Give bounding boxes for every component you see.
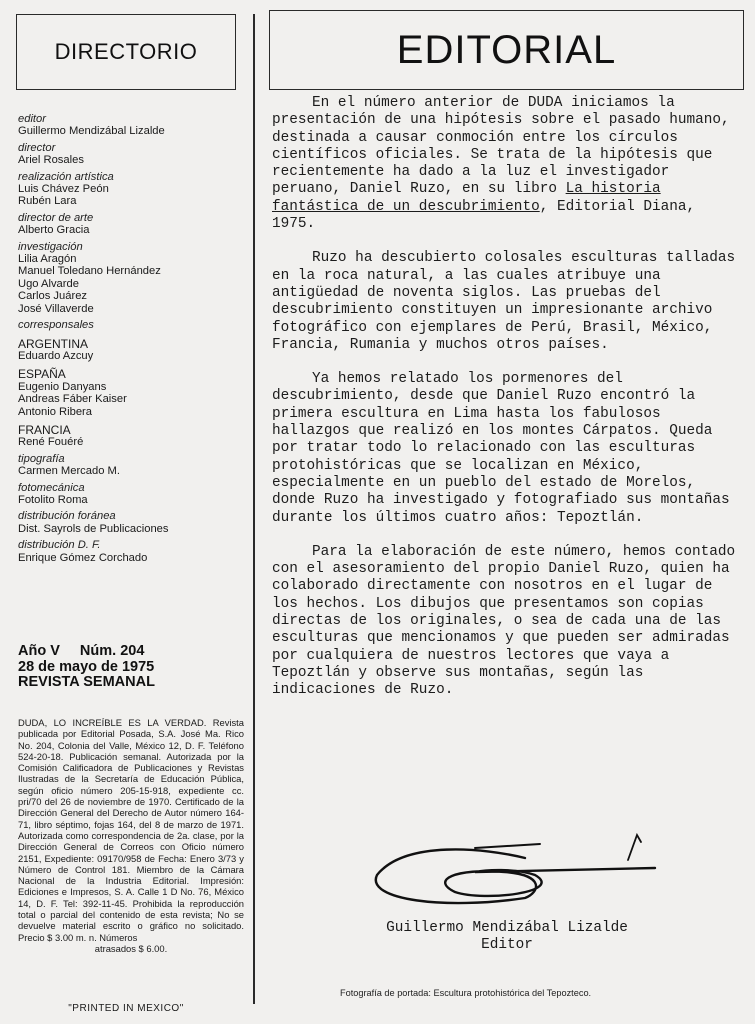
staff-name: Andreas Fáber Kaiser [18, 393, 248, 405]
editorial-paragraph-4: Para la elaboración de este número, hemo… [272, 544, 742, 700]
correspondents-label: corresponsales [18, 319, 248, 331]
staff-role: tipografía [18, 453, 248, 465]
directory-header-box: DIRECTORIO [16, 14, 236, 90]
signer-name: Guillermo Mendizábal Lizalde [272, 920, 742, 937]
editorial-paragraph-3: Ya hemos relatado los pormenores del des… [272, 371, 742, 527]
p1-text: En el número anterior de DUDA iniciamos … [272, 95, 730, 197]
signer-title: Editor [272, 937, 742, 954]
staff-list: editorGuillermo Mendizábal Lizaldedirect… [18, 113, 248, 568]
directory-column: DIRECTORIO editorGuillermo Mendizábal Li… [0, 0, 252, 1024]
column-divider [253, 14, 255, 1004]
staff-name: Dist. Sayrols de Publicaciones [18, 523, 248, 535]
staff-name: Antonio Ribera [18, 406, 248, 418]
staff-name: Luis Chávez Peón [18, 183, 248, 195]
legal-notice: DUDA, LO INCREÍBLE ES LA VERDAD. Revista… [18, 717, 244, 954]
issue-date: 28 de mayo de 1975 [18, 660, 160, 676]
staff-name: Lilia Aragón [18, 253, 248, 265]
staff-group: fotomecánicaFotolito Roma [18, 482, 248, 507]
staff-group: realización artísticaLuis Chávez PeónRub… [18, 171, 248, 208]
staff-name: Guillermo Mendizábal Lizalde [18, 125, 248, 137]
staff-name: Eugenio Danyans [18, 381, 248, 393]
staff-name: Ariel Rosales [18, 154, 248, 166]
country-label: ESPAÑA [18, 368, 248, 380]
staff-name: Alberto Gracia [18, 224, 248, 236]
staff-name: Fotolito Roma [18, 494, 248, 506]
editorial-body: En el número anterior de DUDA iniciamos … [272, 95, 742, 717]
staff-name: Eduardo Azcuy [18, 350, 248, 362]
legal-text-last: atrasados $ 6.00. [18, 943, 244, 954]
country-label: FRANCIA [18, 424, 248, 436]
staff-group: director de arteAlberto Gracia [18, 212, 248, 237]
staff-role: distribución foránea [18, 510, 248, 522]
magazine-page: DIRECTORIO editorGuillermo Mendizábal Li… [0, 0, 755, 1024]
issue-year: Año V [18, 643, 60, 659]
staff-role: distribución D. F. [18, 539, 248, 551]
editorial-paragraph-1: En el número anterior de DUDA iniciamos … [272, 95, 742, 233]
staff-group: ARGENTINAEduardo Azcuy [18, 338, 248, 363]
staff-group: distribución D. F.Enrique Gómez Corchado [18, 539, 248, 564]
cover-photo-caption: Fotografía de portada: Escultura protohi… [340, 988, 740, 998]
staff-name: Enrique Gómez Corchado [18, 552, 248, 564]
staff-name: Manuel Toledano Hernández [18, 265, 248, 277]
staff-role: director [18, 142, 248, 154]
signer-block: Guillermo Mendizábal Lizalde Editor [272, 920, 742, 954]
issue-number: Núm. 204 [80, 643, 144, 659]
signature-icon [365, 830, 675, 915]
staff-name: Rubén Lara [18, 195, 248, 207]
staff-name: René Fouéré [18, 436, 248, 448]
editorial-paragraph-2: Ruzo ha descubierto colosales esculturas… [272, 250, 742, 354]
staff-group: investigaciónLilia AragónManuel Toledano… [18, 241, 248, 315]
staff-role: investigación [18, 241, 248, 253]
staff-group: FRANCIARené Fouéré [18, 424, 248, 449]
editorial-header-box: EDITORIAL [269, 10, 744, 90]
staff-group: editorGuillermo Mendizábal Lizalde [18, 113, 248, 138]
staff-group: ESPAÑAEugenio DanyansAndreas Fáber Kaise… [18, 368, 248, 418]
staff-role: editor [18, 113, 248, 125]
staff-role: fotomecánica [18, 482, 248, 494]
country-label: ARGENTINA [18, 338, 248, 350]
issue-info: Año V Núm. 204 28 de mayo de 1975 REVIST… [18, 644, 160, 691]
directory-title: DIRECTORIO [55, 39, 198, 65]
legal-text: DUDA, LO INCREÍBLE ES LA VERDAD. Revista… [18, 717, 244, 943]
editorial-title: EDITORIAL [397, 28, 616, 73]
staff-role: director de arte [18, 212, 248, 224]
staff-name: Ugo Alvarde [18, 278, 248, 290]
printed-in-mexico: "PRINTED IN MEXICO" [0, 1003, 252, 1014]
staff-group: distribución foráneaDist. Sayrols de Pub… [18, 510, 248, 535]
staff-group: tipografíaCarmen Mercado M. [18, 453, 248, 478]
staff-name: Carmen Mercado M. [18, 465, 248, 477]
staff-role: realización artística [18, 171, 248, 183]
issue-type: REVISTA SEMANAL [18, 675, 160, 691]
staff-group: directorAriel Rosales [18, 142, 248, 167]
staff-name: José Villaverde [18, 303, 248, 315]
staff-name: Carlos Juárez [18, 290, 248, 302]
